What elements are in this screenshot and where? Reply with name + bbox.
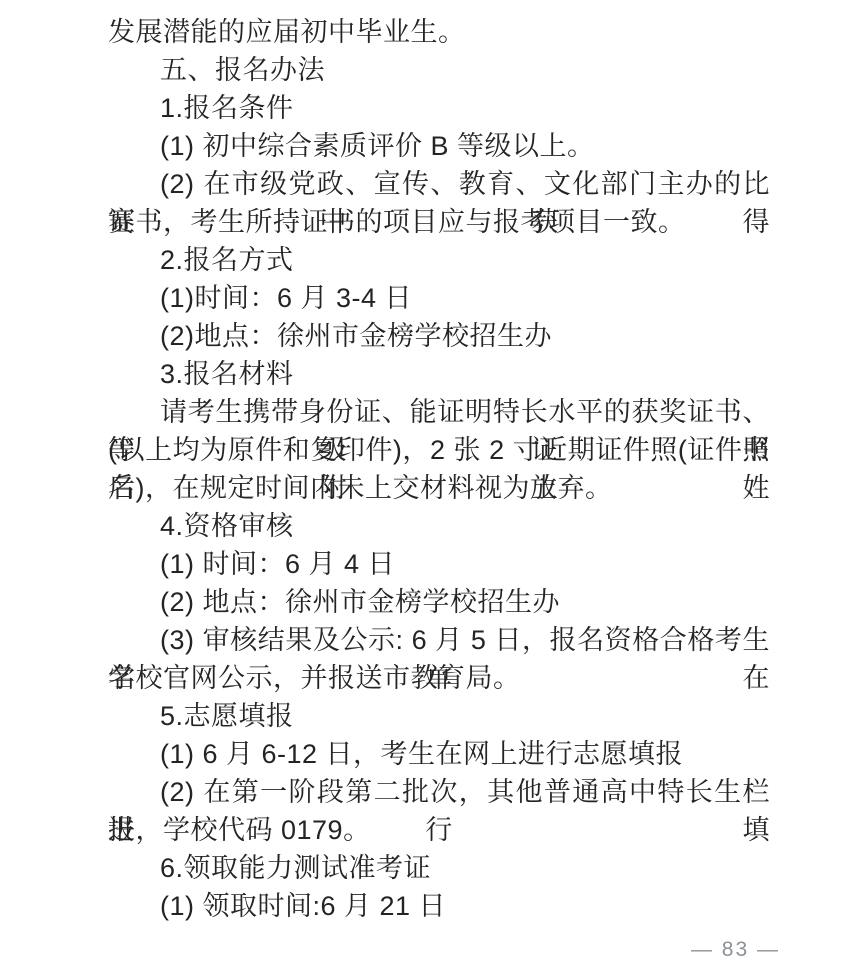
text-line: (2) 在第一阶段第二批次，其他普通高中特长生栏进行填	[108, 773, 770, 811]
document-text-block: 发展潜能的应届初中毕业生。 五、报名办法 1.报名条件 (1) 初中综合素质评价…	[108, 13, 770, 969]
text-line: (3) 审核结果及公示: 6 月 5 日，报名资格合格考生名单在	[108, 621, 770, 659]
text-line: 发展潜能的应届初中毕业生。	[108, 13, 770, 51]
text-line: (1)时间：6 月 3-4 日	[108, 279, 770, 317]
subsection-heading: 1.报名条件	[108, 89, 770, 127]
text-line: (1) 领取时间:6 月 21 日	[108, 887, 770, 925]
text-line: (2) 地点：徐州市金榜学校招生办	[108, 583, 770, 621]
text-line: 请考生携带身份证、能证明特长水平的获奖证书、等级证书	[108, 393, 770, 431]
text-line: (1) 时间：6 月 4 日	[108, 545, 770, 583]
text-line: (2) 在市级党政、宣传、教育、文化部门主办的比赛中获得	[108, 165, 770, 203]
subsection-heading: 4.资格审核	[108, 507, 770, 545]
text-line: (1) 初中综合素质评价 B 等级以上。	[108, 127, 770, 165]
document-page: 发展潜能的应届初中毕业生。 五、报名办法 1.报名条件 (1) 初中综合素质评价…	[0, 0, 864, 977]
text-line: (2)地点：徐州市金榜学校招生办	[108, 317, 770, 355]
text-line: 证书，考生所持证书的项目应与报考项目一致。	[108, 203, 770, 241]
text-line: (以上均为原件和复印件)，2 张 2 寸近期证件照(证件照后附上姓	[108, 431, 770, 469]
section-heading: 五、报名办法	[108, 51, 770, 89]
subsection-heading: 6.领取能力测试准考证	[108, 849, 770, 887]
subsection-heading: 2.报名方式	[108, 241, 770, 279]
subsection-heading: 5.志愿填报	[108, 697, 770, 735]
subsection-heading: 3.报名材料	[108, 355, 770, 393]
text-line: (1) 6 月 6-12 日，考生在网上进行志愿填报	[108, 735, 770, 773]
page-number: — 83 —	[108, 931, 780, 969]
